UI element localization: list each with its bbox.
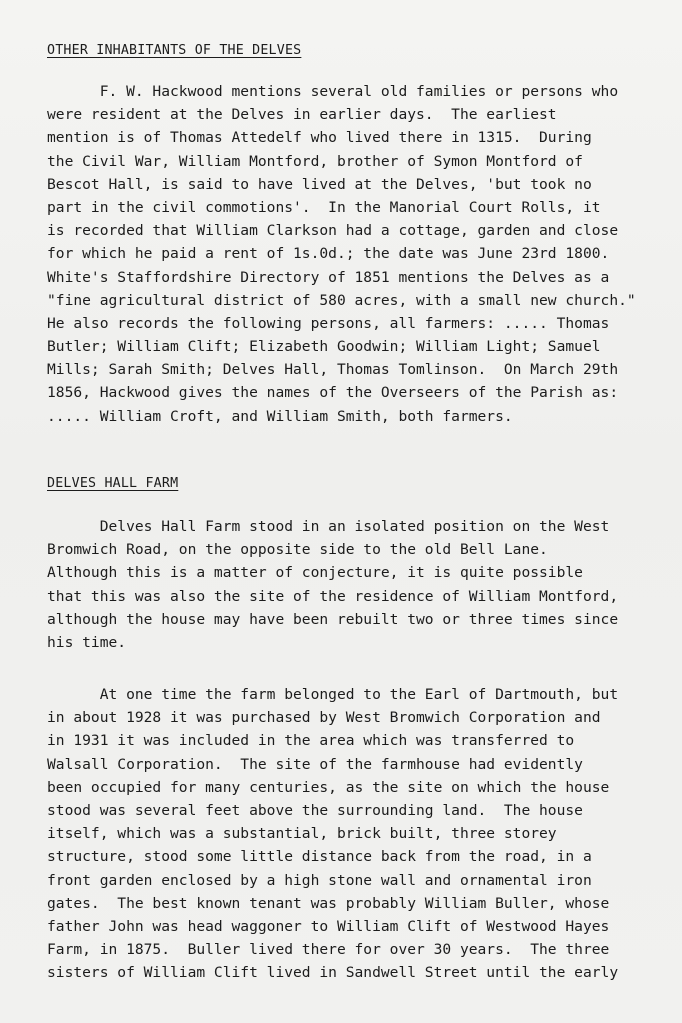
paragraph-other-inhabitants: F. W. Hackwood mentions several old fami… <box>47 80 636 428</box>
text-line: Although this is a matter of conjecture,… <box>47 561 618 584</box>
text-line: structure, stood some little distance ba… <box>47 845 618 868</box>
text-line: that this was also the site of the resid… <box>47 585 618 608</box>
text-line: father John was head waggoner to William… <box>47 915 618 938</box>
text-line: Mills; Sarah Smith; Delves Hall, Thomas … <box>47 358 636 381</box>
text-line: White's Staffordshire Directory of 1851 … <box>47 266 636 289</box>
text-line: Bescot Hall, is said to have lived at th… <box>47 173 636 196</box>
text-line: "fine agricultural district of 580 acres… <box>47 289 636 312</box>
section-heading-other-inhabitants: OTHER INHABITANTS OF THE DELVES <box>47 43 301 58</box>
text-line: his time. <box>47 631 618 654</box>
text-line: although the house may have been rebuilt… <box>47 608 618 631</box>
text-line: for which he paid a rent of 1s.0d.; the … <box>47 242 636 265</box>
text-line: ..... William Croft, and William Smith, … <box>47 405 636 428</box>
text-line: itself, which was a substantial, brick b… <box>47 822 618 845</box>
text-line: the Civil War, William Montford, brother… <box>47 150 636 173</box>
paragraph-delves-hall-farm-location: Delves Hall Farm stood in an isolated po… <box>47 515 618 654</box>
text-line: in 1931 it was included in the area whic… <box>47 729 618 752</box>
text-line: in about 1928 it was purchased by West B… <box>47 706 618 729</box>
paragraph-delves-hall-farm-history: At one time the farm belonged to the Ear… <box>47 683 618 984</box>
text-line: mention is of Thomas Attedelf who lived … <box>47 126 636 149</box>
text-line: He also records the following persons, a… <box>47 312 636 335</box>
text-line: sisters of William Clift lived in Sandwe… <box>47 961 618 984</box>
text-line: F. W. Hackwood mentions several old fami… <box>47 80 636 103</box>
text-line: is recorded that William Clarkson had a … <box>47 219 636 242</box>
text-line: Walsall Corporation. The site of the far… <box>47 753 618 776</box>
text-line: front garden enclosed by a high stone wa… <box>47 869 618 892</box>
text-line: Butler; William Clift; Elizabeth Goodwin… <box>47 335 636 358</box>
text-line: At one time the farm belonged to the Ear… <box>47 683 618 706</box>
text-line: Delves Hall Farm stood in an isolated po… <box>47 515 618 538</box>
text-line: Bromwich Road, on the opposite side to t… <box>47 538 618 561</box>
text-line: stood was several feet above the surroun… <box>47 799 618 822</box>
text-line: were resident at the Delves in earlier d… <box>47 103 636 126</box>
text-line: part in the civil commotions'. In the Ma… <box>47 196 636 219</box>
text-line: 1856, Hackwood gives the names of the Ov… <box>47 381 636 404</box>
text-line: gates. The best known tenant was probabl… <box>47 892 618 915</box>
document-page: OTHER INHABITANTS OF THE DELVES F. W. Ha… <box>0 0 682 1023</box>
text-line: Farm, in 1875. Buller lived there for ov… <box>47 938 618 961</box>
section-heading-delves-hall-farm: DELVES HALL FARM <box>47 476 178 491</box>
text-line: been occupied for many centuries, as the… <box>47 776 618 799</box>
